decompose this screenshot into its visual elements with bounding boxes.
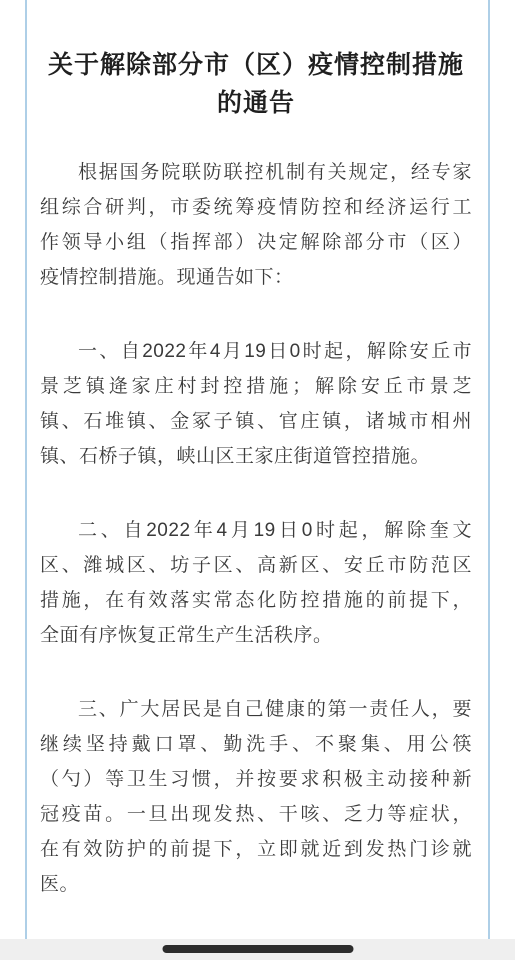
text-line: （勺）等卫生习惯，并按要求积极主动接种新 <box>40 762 472 797</box>
notice-paragraph: 根据国务院联防联控机制有关规定，经专家组综合研判，市委统筹疫情防控和经济运行工作… <box>40 155 472 295</box>
notice-paragraph: 二、自2022年4月19日0时起，解除奎文区、潍城区、坊子区、高新区、安丘市防范… <box>40 513 472 653</box>
notice-title: 关于解除部分市（区）疫情控制措施 的通告 <box>40 46 472 122</box>
text-line: 组综合研判，市委统筹疫情防控和经济运行工 <box>40 190 472 225</box>
page-right-border <box>488 0 490 939</box>
notice-page: 关于解除部分市（区）疫情控制措施 的通告 根据国务院联防联控机制有关规定，经专家… <box>0 0 515 960</box>
text-line: 区、潍城区、坊子区、高新区、安丘市防范区 <box>40 548 472 583</box>
home-indicator-icon[interactable] <box>162 945 353 953</box>
text-line: 作领导小组（指挥部）决定解除部分市（区） <box>40 225 472 260</box>
text-line: 镇、石桥子镇，峡山区王家庄街道管控措施。 <box>40 439 472 474</box>
page-left-border <box>25 0 27 939</box>
notice-paragraph: 一、自2022年4月19日0时起，解除安丘市景芝镇逄家庄村封控措施；解除安丘市景… <box>40 334 472 474</box>
text-line: 三、广大居民是自己健康的第一责任人，要 <box>40 692 472 727</box>
text-line: 继续坚持戴口罩、勤洗手、不聚集、用公筷 <box>40 727 472 762</box>
notice-title-line: 的通告 <box>40 84 472 122</box>
text-line: 疫情控制措施。现通告如下： <box>40 260 472 295</box>
text-line: 冠疫苗。一旦出现发热、干咳、乏力等症状， <box>40 797 472 832</box>
notice-paragraph: 三、广大居民是自己健康的第一责任人，要继续坚持戴口罩、勤洗手、不聚集、用公筷（勺… <box>40 692 472 902</box>
text-line: 全面有序恢复正常生产生活秩序。 <box>40 618 472 653</box>
text-line: 景芝镇逄家庄村封控措施；解除安丘市景芝 <box>40 369 472 404</box>
text-line: 镇、石堆镇、金冢子镇、官庄镇，诸城市相州 <box>40 404 472 439</box>
text-line: 措施，在有效落实常态化防控措施的前提下， <box>40 583 472 618</box>
text-line: 二、自2022年4月19日0时起，解除奎文 <box>40 513 472 548</box>
text-line: 在有效防护的前提下，立即就近到发热门诊就 <box>40 832 472 867</box>
notice-content: 关于解除部分市（区）疫情控制措施 的通告 根据国务院联防联控机制有关规定，经专家… <box>40 0 472 902</box>
text-line: 根据国务院联防联控机制有关规定，经专家 <box>40 155 472 190</box>
notice-body: 根据国务院联防联控机制有关规定，经专家组综合研判，市委统筹疫情防控和经济运行工作… <box>40 155 472 902</box>
system-gesture-bar <box>0 939 515 960</box>
text-line: 医。 <box>40 867 472 902</box>
notice-title-line: 关于解除部分市（区）疫情控制措施 <box>40 46 472 84</box>
text-line: 一、自2022年4月19日0时起，解除安丘市 <box>40 334 472 369</box>
